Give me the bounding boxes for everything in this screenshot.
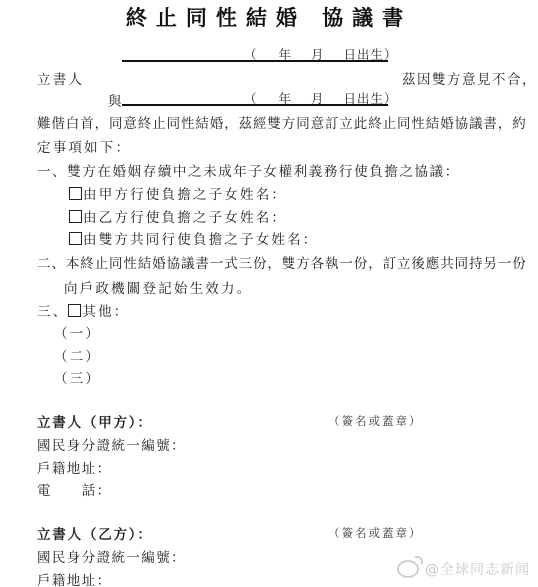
watermark-text: @全球同志新闻 [425, 559, 530, 579]
clause-two-line2: 向戶政機關登記始生效力。 [64, 277, 252, 297]
checkbox[interactable] [69, 232, 82, 245]
clause-three-label: 其他： [82, 304, 129, 320]
clause-one-option-a[interactable]: 由甲方行使負擔之子女姓名： [69, 183, 287, 203]
weibo-icon [397, 560, 419, 578]
clause-three-item-3: （三） [54, 367, 101, 387]
option-label: 由甲方行使負擔之子女姓名： [83, 187, 287, 203]
clause-three-item-1: （一） [54, 322, 101, 342]
signer-a-phone-label: 電 話： [37, 479, 112, 499]
signer-b-address-label: 戶籍地址： [37, 569, 112, 587]
clause-two-line1: 二、本終止同性結婚協議書一式三份，雙方各執一份，訂立後應共同持另一份 [37, 252, 527, 272]
clause-one-heading: 一、雙方在婚姻存續中之未成年子女權利義務行使負擔之協議： [37, 160, 460, 180]
clause-one-option-b[interactable]: 由乙方行使負擔之子女姓名： [69, 206, 287, 226]
intro-paragraph-line2: 定事項如下： [37, 136, 131, 156]
clause-one-option-joint[interactable]: 由雙方共同行使負擔之子女姓名： [69, 228, 319, 248]
checkbox[interactable] [69, 187, 82, 200]
party-a-name-underline[interactable] [122, 60, 388, 62]
with-label: 與 [108, 90, 124, 110]
signer-b-sign-hint: （簽名或蓋章） [328, 525, 423, 541]
checkbox[interactable] [68, 304, 81, 317]
clause-three-prefix: 三、 [37, 304, 68, 320]
signer-b-id-label: 國民身分證統一編號： [37, 546, 186, 566]
signer-label: 立書人 [37, 68, 84, 88]
checkbox[interactable] [69, 210, 82, 223]
option-label: 由乙方行使負擔之子女姓名： [83, 210, 287, 226]
signer-b-heading: 立書人（乙方）： [37, 523, 153, 543]
intro-paragraph-line1: 難偕白首，同意終止同性結婚，茲經雙方同意訂立此終止同性結婚協議書，約 [37, 112, 527, 132]
signer-a-address-label: 戶籍地址： [37, 457, 112, 477]
watermark: @全球同志新闻 [397, 559, 530, 579]
clause-three: 三、其他： [37, 300, 130, 320]
document-title: 終止同性結婚 協議書 [0, 2, 538, 32]
signer-a-id-label: 國民身分證統一編號： [37, 434, 186, 454]
clause-three-item-2: （二） [54, 345, 101, 365]
party-b-name-underline[interactable] [122, 104, 388, 106]
signer-a-sign-hint: （簽名或蓋章） [328, 413, 423, 429]
signer-a-heading: 立書人（甲方）： [37, 411, 153, 431]
reason-text: 茲因雙方意見不合， [402, 68, 537, 88]
option-label: 由雙方共同行使負擔之子女姓名： [83, 232, 319, 248]
